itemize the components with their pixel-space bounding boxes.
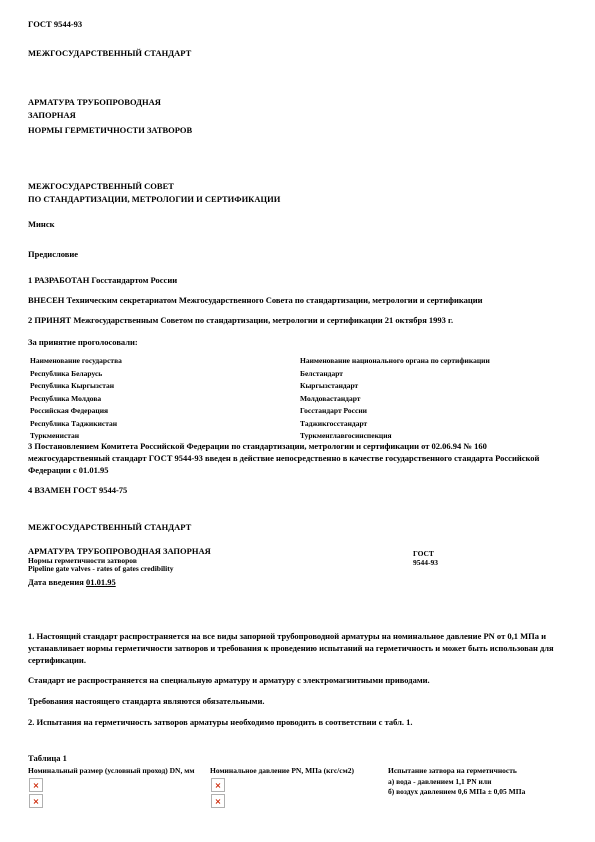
effective-date-line: Дата введения 01.01.95 xyxy=(28,576,116,588)
vote-state: Республика Беларусь xyxy=(30,368,122,381)
main-subtitle-en: Pipeline gate valves - rates of gates cr… xyxy=(28,564,173,574)
foreword-item-3: 3 Постановлением Комитета Российской Фед… xyxy=(28,440,570,476)
vote-col1-header: Наименование государства xyxy=(30,355,122,368)
table1-caption: Таблица 1 xyxy=(28,752,67,764)
doc-number: ГОСТ 9544-93 xyxy=(28,18,82,30)
city-label: Минск xyxy=(28,218,55,230)
vote-body: Госстандарт России xyxy=(300,405,490,418)
council-line1: МЕЖГОСУДАРСТВЕННЫЙ СОВЕТ xyxy=(28,180,174,192)
table1-col2-header: Номинальное давление PN, МПа (кгс/см2) xyxy=(210,766,354,776)
doc-subtitle: НОРМЫ ГЕРМЕТИЧНОСТИ ЗАТВОРОВ xyxy=(28,124,192,136)
paragraph-2: Стандарт не распространяется на специаль… xyxy=(28,674,570,686)
vote-state: Российская Федерация xyxy=(30,405,122,418)
vote-state: Республика Кыргызстан xyxy=(30,380,122,393)
foreword-heading: Предисловие xyxy=(28,248,78,260)
doc-title-line2: ЗАПОРНАЯ xyxy=(28,109,76,121)
vote-col2-header: Наименование национального органа по сер… xyxy=(300,355,490,368)
paragraph-1: 1. Настоящий стандарт распространяется н… xyxy=(28,630,570,666)
vote-body: Таджикгосстандарт xyxy=(300,418,490,431)
foreword-item-1b: ВНЕСЕН Техническим секретариатом Межгосу… xyxy=(28,294,570,306)
standard-type-heading-2: МЕЖГОСУДАРСТВЕННЫЙ СТАНДАРТ xyxy=(28,521,191,533)
vote-state: Республика Молдова xyxy=(30,393,122,406)
vote-state: Республика Таджикистан xyxy=(30,418,122,431)
table1-col3-item-a: а) вода - давлением 1,1 PN или xyxy=(388,777,491,787)
table1-col3-item-b: б) воздух давлением 0,6 МПа ± 0,05 МПа xyxy=(388,787,525,797)
foreword-item-4: 4 ВЗАМЕН ГОСТ 9544-75 xyxy=(28,484,127,496)
vote-table-bodies-column: Наименование национального органа по сер… xyxy=(300,355,490,443)
doc-title-line1: АРМАТУРА ТРУБОПРОВОДНАЯ xyxy=(28,96,161,108)
foreword-item-2: 2 ПРИНЯТ Межгосударственным Советом по с… xyxy=(28,314,570,326)
vote-intro: За принятие проголосовали: xyxy=(28,336,138,348)
broken-image-icon: × xyxy=(211,778,225,792)
table1-col3-header: Испытание затвора на герметичность xyxy=(388,766,517,776)
broken-image-icon: × xyxy=(211,794,225,808)
vote-body: Молдовастандарт xyxy=(300,393,490,406)
effective-date-value: 01.01.95 xyxy=(86,577,116,587)
vote-body: Кыргызстандарт xyxy=(300,380,490,393)
vote-table-states-column: Наименование государства Республика Бела… xyxy=(30,355,122,443)
standard-type-heading: МЕЖГОСУДАРСТВЕННЫЙ СТАНДАРТ xyxy=(28,47,191,59)
effective-date-label: Дата введения xyxy=(28,577,84,587)
table1-col1-header: Номинальный размер (условный проход) DN,… xyxy=(28,766,194,776)
paragraph-4: 2. Испытания на герметичность затворов а… xyxy=(28,716,570,728)
foreword-item-1: 1 РАЗРАБОТАН Госстандартом России xyxy=(28,274,570,286)
paragraph-3: Требования настоящего стандарта являются… xyxy=(28,695,570,707)
doc-code-number: 9544-93 xyxy=(413,558,438,568)
document-page: ГОСТ 9544-93 МЕЖГОСУДАРСТВЕННЫЙ СТАНДАРТ… xyxy=(0,0,595,842)
vote-body: Белстандарт xyxy=(300,368,490,381)
broken-image-icon: × xyxy=(29,778,43,792)
broken-image-icon: × xyxy=(29,794,43,808)
council-line2: ПО СТАНДАРТИЗАЦИИ, МЕТРОЛОГИИ И СЕРТИФИК… xyxy=(28,193,280,205)
